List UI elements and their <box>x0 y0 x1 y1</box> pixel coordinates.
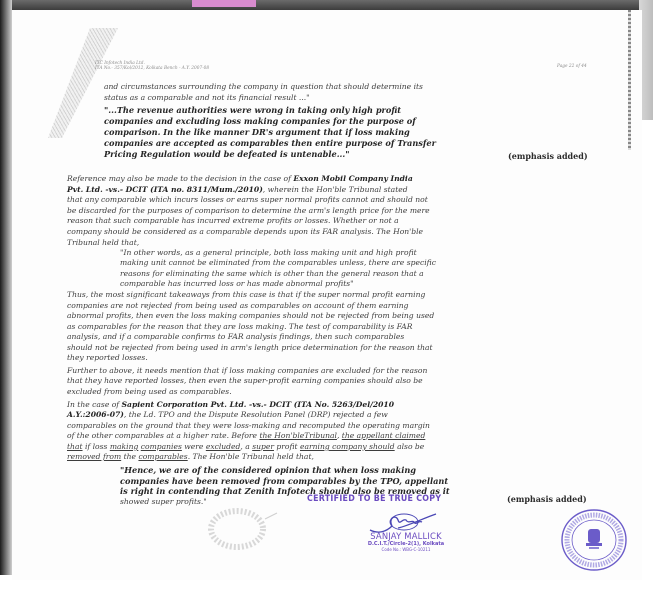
case-citation: Sapient Corporation Pvt. Ltd. -vs.- DCIT… <box>122 400 394 409</box>
paragraph-line: they reported losses. <box>67 353 607 363</box>
case-citation: A.Y.:2006-07) <box>67 410 124 419</box>
text-run: Reference may also be made to the decisi… <box>67 174 293 183</box>
underlined-text: the appellant claimed <box>342 431 426 440</box>
text-run: also be <box>395 442 425 451</box>
underlined-text: comparables <box>138 452 187 461</box>
paragraph-line: removed from the comparables. The Hon'bl… <box>67 452 607 462</box>
paragraph-line: that they have reported losses, then eve… <box>67 376 607 386</box>
paragraph-line: Tribunal held that, <box>67 238 607 248</box>
quoted-text-line: companies are accepted as comparables th… <box>104 138 562 148</box>
official-seal-icon <box>559 507 629 573</box>
text-run: In the case of <box>67 400 122 409</box>
text-run: profit <box>274 442 300 451</box>
underlined-text: super <box>252 442 274 451</box>
paragraph-line: Further to above, it needs mention that … <box>67 366 607 376</box>
text-run: of the other comparables at a higher rat… <box>67 431 259 440</box>
signatory-code: Code No.: WBG-C-10211 <box>346 547 466 552</box>
paragraph-line: abnormal profits, then even the loss mak… <box>67 311 607 321</box>
quoted-text-line: comparison. In the like manner DR's argu… <box>104 127 562 137</box>
case-citation: Exxon Mobil Company India <box>293 174 412 183</box>
paragraph-line: Pvt. Ltd. -vs.- DCIT (ITA no. 8311/Mum./… <box>67 185 607 195</box>
quoted-text-line: companies have been removed from compara… <box>120 476 562 486</box>
paragraph-line: Thus, the most significant takeaways fro… <box>67 290 607 300</box>
underlined-text: removed from <box>67 452 121 461</box>
quoted-text-line: status as a comparable and not its finan… <box>104 93 562 103</box>
quoted-text-line: Pricing Regulation would be defeated is … <box>104 149 562 159</box>
paragraph-line: company should be considered as a compar… <box>67 227 607 237</box>
quoted-text-line: "In other words, as a general principle,… <box>120 248 562 258</box>
underlined-text: excluded <box>206 442 241 451</box>
text-run: the <box>121 452 138 461</box>
emphasis-note: (emphasis added) <box>507 494 587 504</box>
paragraph-line: excluded from being used as comparables. <box>67 387 607 397</box>
paragraph-line: be discarded for the purposes of compari… <box>67 206 607 216</box>
paragraph-line: as comparables for the reason that they … <box>67 322 607 332</box>
underlined-text: the Hon'bleTribunal <box>259 431 337 440</box>
faint-stamp-impression-icon <box>205 505 285 551</box>
paragraph-line: companies are not rejected from being us… <box>67 301 607 311</box>
quoted-text-line: "...The revenue authorities were wrong i… <box>104 105 562 115</box>
text-run: were <box>182 442 206 451</box>
signatory-block: SANJAY MALLICK D.C.I.T./Circle-2(1), Kol… <box>346 532 466 552</box>
paragraph-line: that any comparable which incurs losses … <box>67 195 607 205</box>
underlined-text: earning company should <box>300 442 395 451</box>
text-run: . The Hon'ble Tribunal held that, <box>188 452 314 461</box>
paragraph-line: Reference may also be made to the decisi… <box>67 174 607 184</box>
underlined-text: making <box>110 442 139 451</box>
text-run: , the Ld. TPO and the Dispute Resolution… <box>124 410 388 419</box>
paragraph-line: analysis, and if a comparable confirms t… <box>67 332 607 342</box>
underlined-text: that <box>67 442 83 451</box>
signatory-name: SANJAY MALLICK <box>346 532 466 541</box>
paragraph-line: comparables on the ground that they were… <box>67 421 607 431</box>
text-run: , a <box>240 442 252 451</box>
certified-true-copy-stamp: CERTIFIED TO BE TRUE COPY <box>307 494 441 504</box>
paragraph-line: reason that such comparable has incurred… <box>67 216 607 226</box>
quoted-text-line: making unit cannot be eliminated from th… <box>120 258 562 268</box>
quoted-text-line: "Hence, we are of the considered opinion… <box>120 465 562 475</box>
quoted-text-line: reasons for eliminating the same which i… <box>120 269 562 279</box>
underlined-text: companies <box>141 442 182 451</box>
text-run: , wherein the Hon'ble Tribunal stated <box>263 185 408 194</box>
quoted-text-line: and circumstances surrounding the compan… <box>104 82 562 92</box>
paragraph-line: that if loss making companies were exclu… <box>67 442 607 452</box>
case-citation: Pvt. Ltd. -vs.- DCIT (ITA no. 8311/Mum./… <box>67 185 263 194</box>
quoted-text-line: comparable has incurred loss or has made… <box>120 279 562 289</box>
text-run: if loss <box>83 442 110 451</box>
paragraph-line: In the case of Sapient Corporation Pvt. … <box>67 400 607 410</box>
quoted-text-line: companies and excluding loss making comp… <box>104 116 562 126</box>
paragraph-line: of the other comparables at a higher rat… <box>67 431 607 441</box>
emphasis-note: (emphasis added) <box>508 151 588 161</box>
paragraph-line: A.Y.:2006-07), the Ld. TPO and the Dispu… <box>67 410 607 420</box>
paragraph-line: should not be rejected from being used i… <box>67 343 607 353</box>
